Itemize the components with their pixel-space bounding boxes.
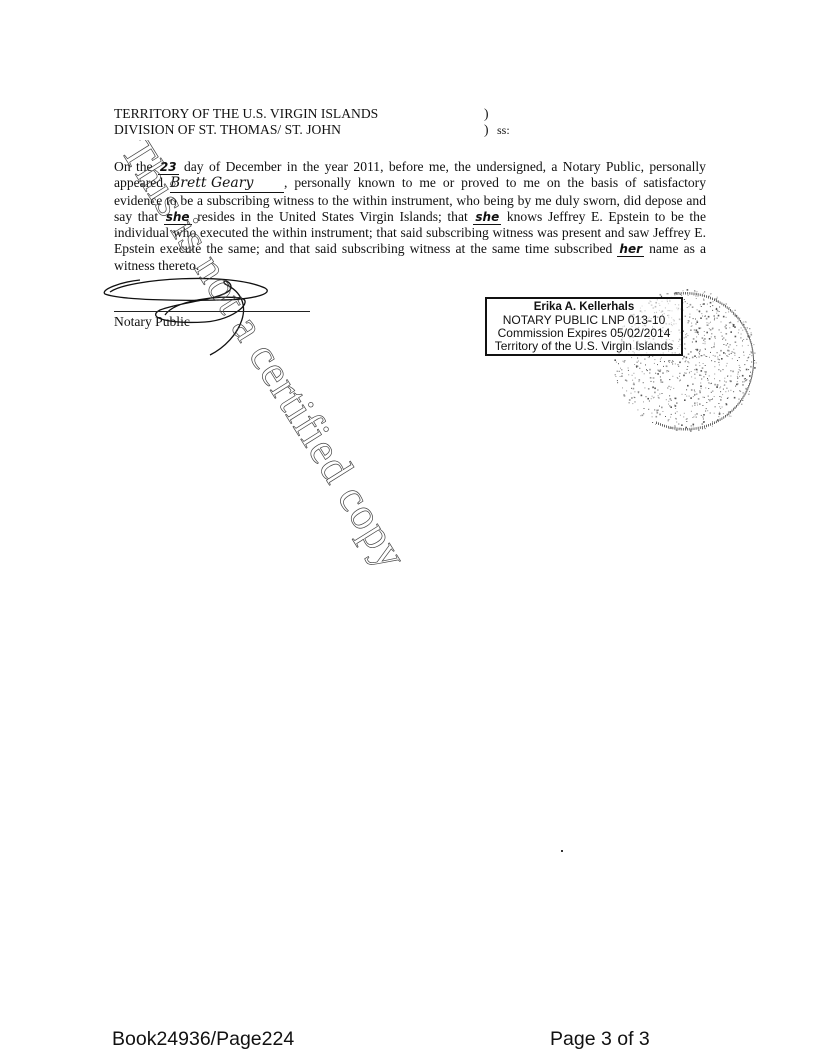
division-line: DIVISION OF ST. THOMAS/ ST. JOHN [114,122,341,137]
stamp-territory: Territory of the U.S. Virgin Islands [489,340,679,353]
acknowledgment-paragraph: On the 23 day of December in the year 20… [114,159,706,274]
venue-caption: TERRITORY OF THE U.S. VIRGIN ISLANDS ) D… [114,106,534,138]
handwritten-pronoun-2: she [473,210,501,225]
page-number: Page 3 of 3 [550,1028,650,1051]
handwritten-pronoun-1: she [164,210,192,225]
caption-paren-1: ) [484,106,489,122]
notary-stamp: Erika A. Kellerhals NOTARY PUBLIC LNP 01… [485,297,683,356]
body-text-1: On the [114,159,158,174]
territory-line: TERRITORY OF THE U.S. VIRGIN ISLANDS [114,106,378,121]
handwritten-pronoun-3: her [617,242,644,257]
signature-line [114,311,310,312]
body-text-4: resides in the United States Virgin Isla… [192,209,474,224]
book-page-reference: Book24936/Page224 [112,1028,294,1051]
stray-mark [561,850,563,852]
handwritten-day: 23 [158,160,179,175]
notary-public-label: Notary Public [114,314,190,330]
handwritten-appeared-name: Brett Geary [170,175,284,192]
caption-paren-2: ) [484,122,489,138]
ss-label: ss: [497,122,510,138]
